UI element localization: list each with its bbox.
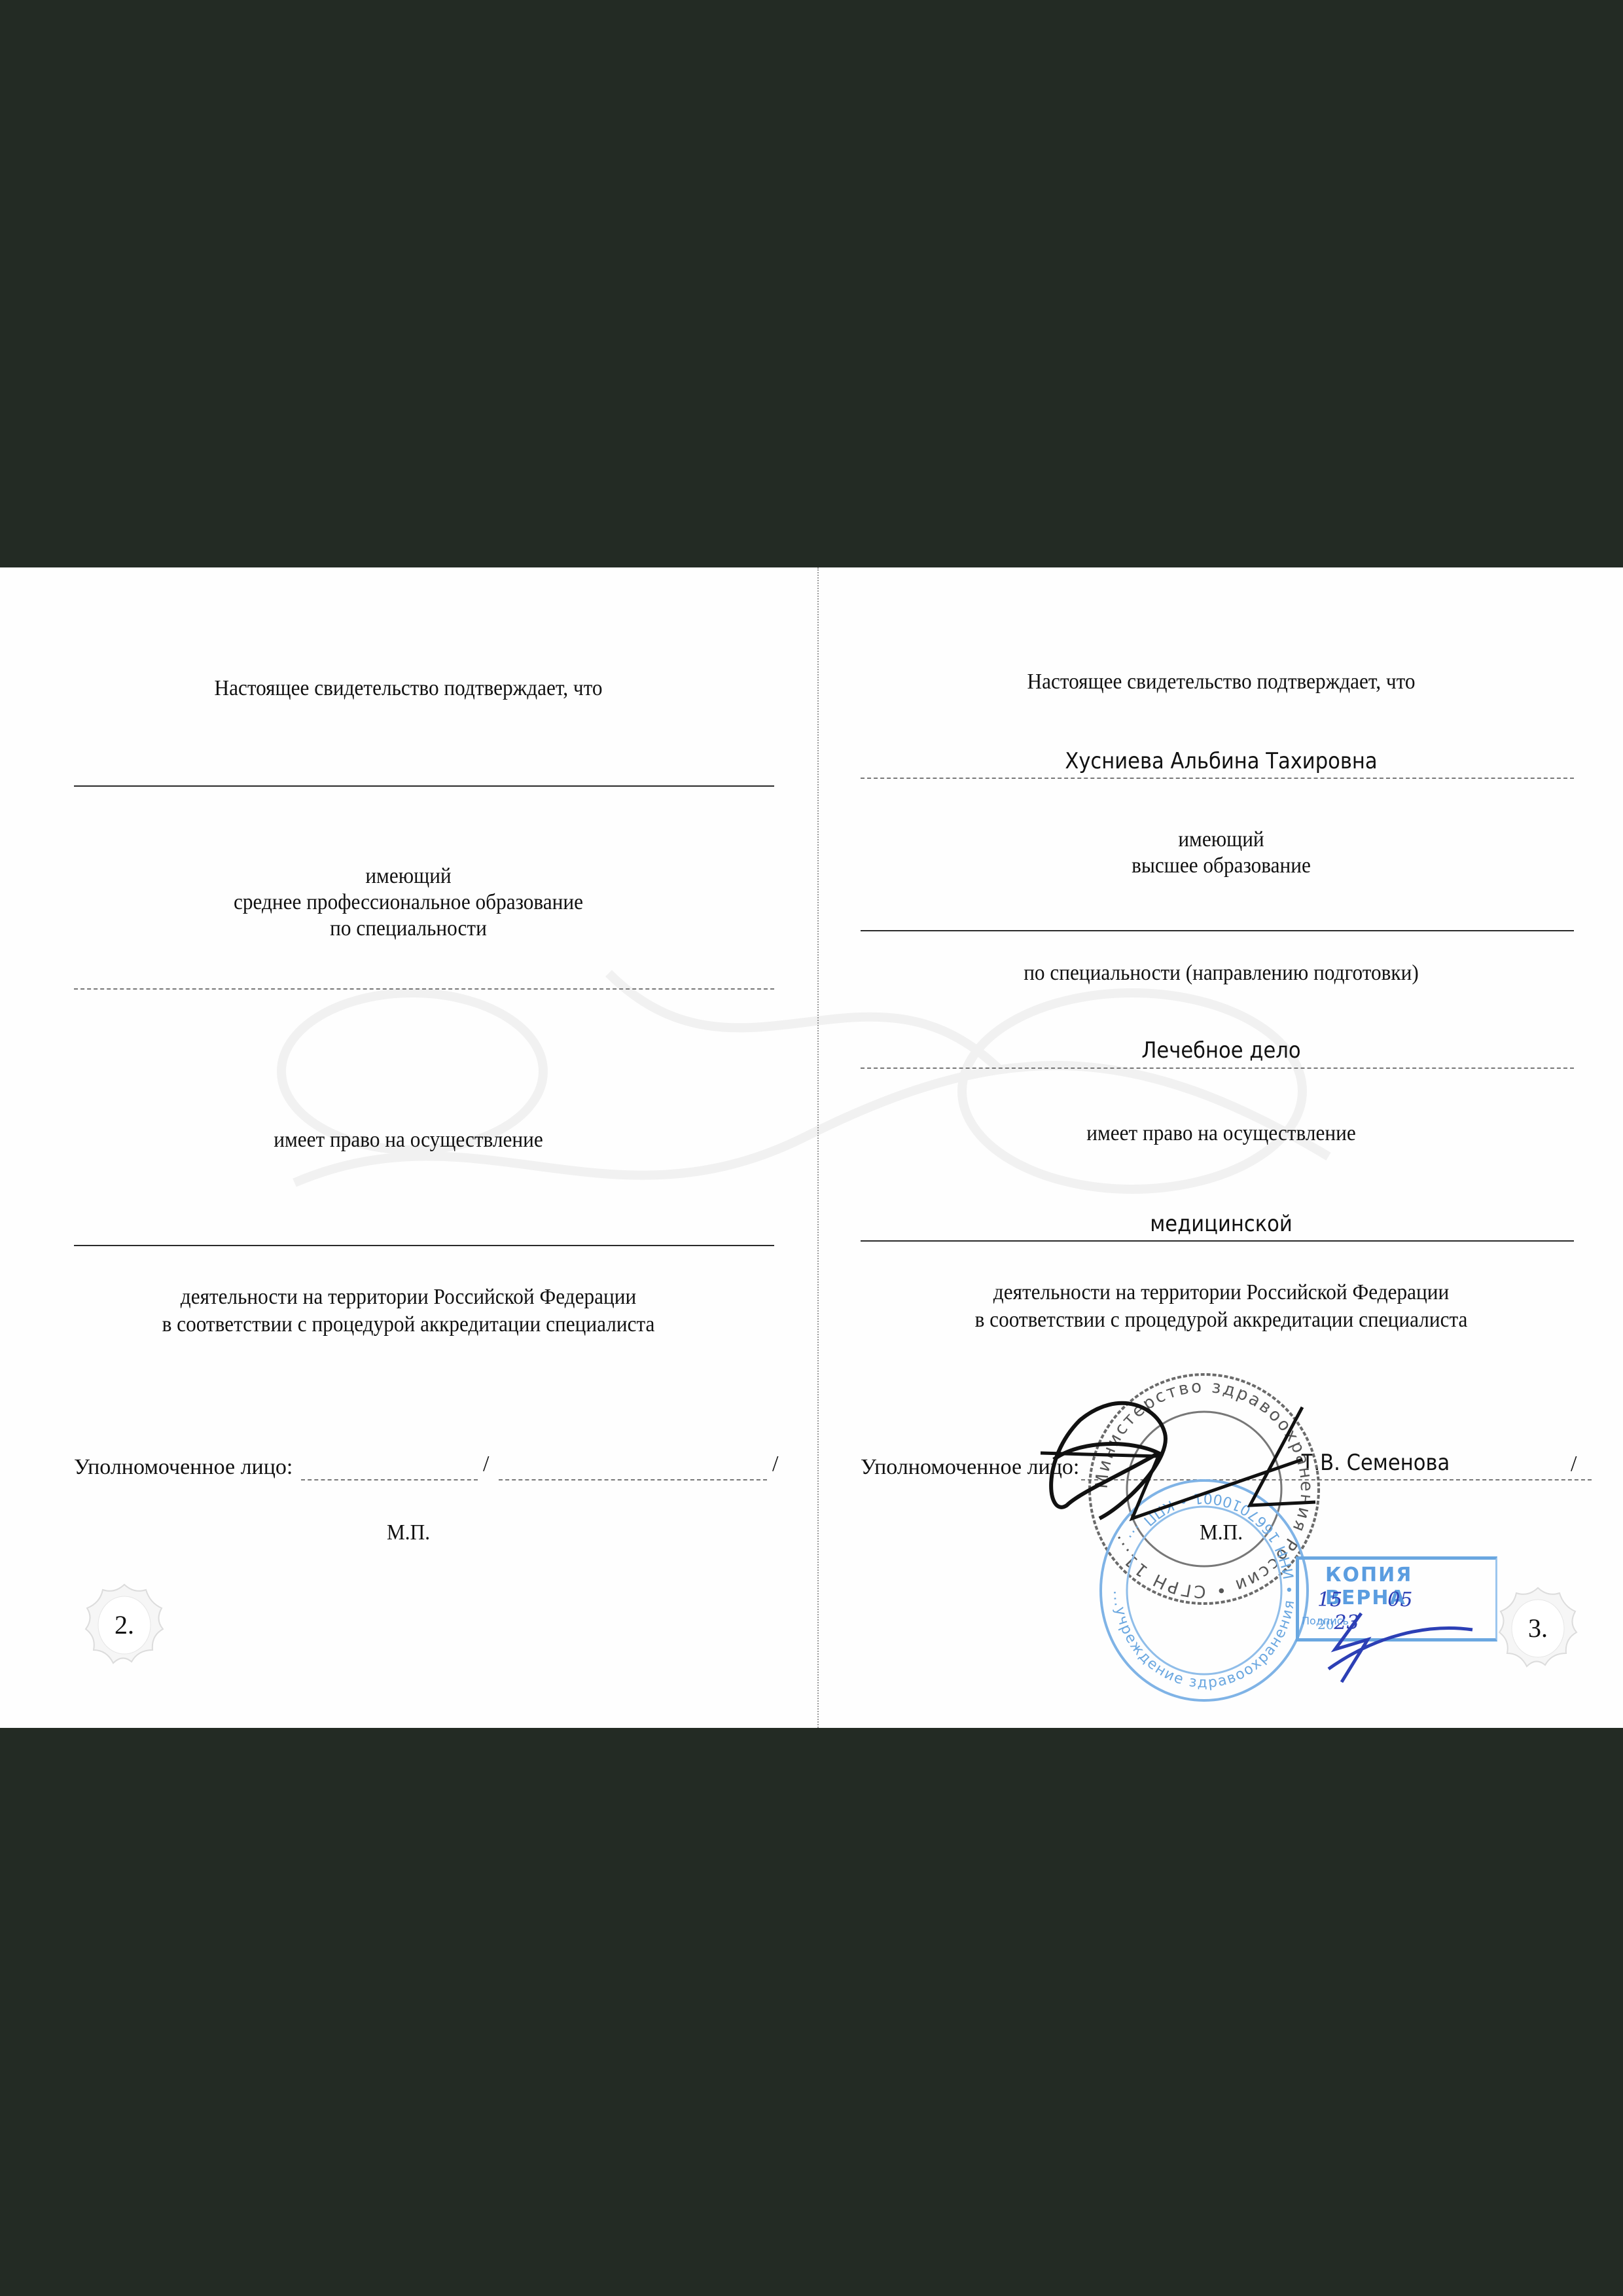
education-field-line [861,930,1574,931]
copy-day: 15 [1317,1588,1342,1611]
authorized-signature [1027,1381,1329,1538]
authorized-person-label: Уполномоченное лицо: [74,1454,293,1480]
activity-field: медицинской [859,1211,1582,1237]
having-text: имеющий [33,863,784,889]
activity-line-2: в соответствии с процедурой аккредитации… [851,1307,1591,1333]
copy-certified-signature [1322,1610,1479,1689]
page-2: Настоящее свидетельство подтверждает, чт… [0,567,817,1728]
education-text: среднее профессиональное образование [33,889,784,916]
signature-line [301,1479,478,1480]
name-field-line [861,778,1574,779]
right-to-text: имеет право на осуществление [851,1121,1591,1147]
certificate-spread: Настоящее свидетельство подтверждает, чт… [0,567,1623,1728]
slash-1: / [483,1451,489,1477]
activity-line-2: в соответствии с процедурой аккредитации… [33,1312,784,1338]
specialty-field-line [861,1067,1574,1069]
specialty-field-line [74,988,774,990]
intro-text: Настоящее свидетельство подтверждает, чт… [33,675,784,702]
specialty-field: Лечебное дело [859,1037,1582,1064]
activity-field-line [74,1245,774,1246]
education-text: высшее образование [851,853,1591,879]
page-number: 3. [1495,1585,1580,1670]
specialty-label: по специальности (направлению подготовки… [851,960,1591,986]
copy-month: 05 [1387,1588,1412,1611]
name-field: Хусниева Альбина Тахировна [859,748,1582,774]
page-number-rosette: 2. [82,1582,167,1667]
right-to-text: имеет право на осуществление [33,1127,784,1153]
slash-2: / [1571,1451,1577,1477]
name-field-line [74,785,774,787]
slash-2: / [772,1451,778,1477]
activity-line-1: деятельности на территории Российской Фе… [851,1280,1591,1306]
having-text: имеющий [851,827,1591,853]
seal-place: М.П. [33,1520,784,1546]
printed-name-line [499,1479,767,1480]
page-number-rosette: 3. [1495,1585,1580,1670]
intro-text: Настоящее свидетельство подтверждает, чт… [851,669,1591,695]
activity-line-1: деятельности на территории Российской Фе… [33,1284,784,1310]
specialty-label: по специальности [33,916,784,942]
activity-field-line [861,1240,1574,1242]
page-number: 2. [82,1582,167,1667]
